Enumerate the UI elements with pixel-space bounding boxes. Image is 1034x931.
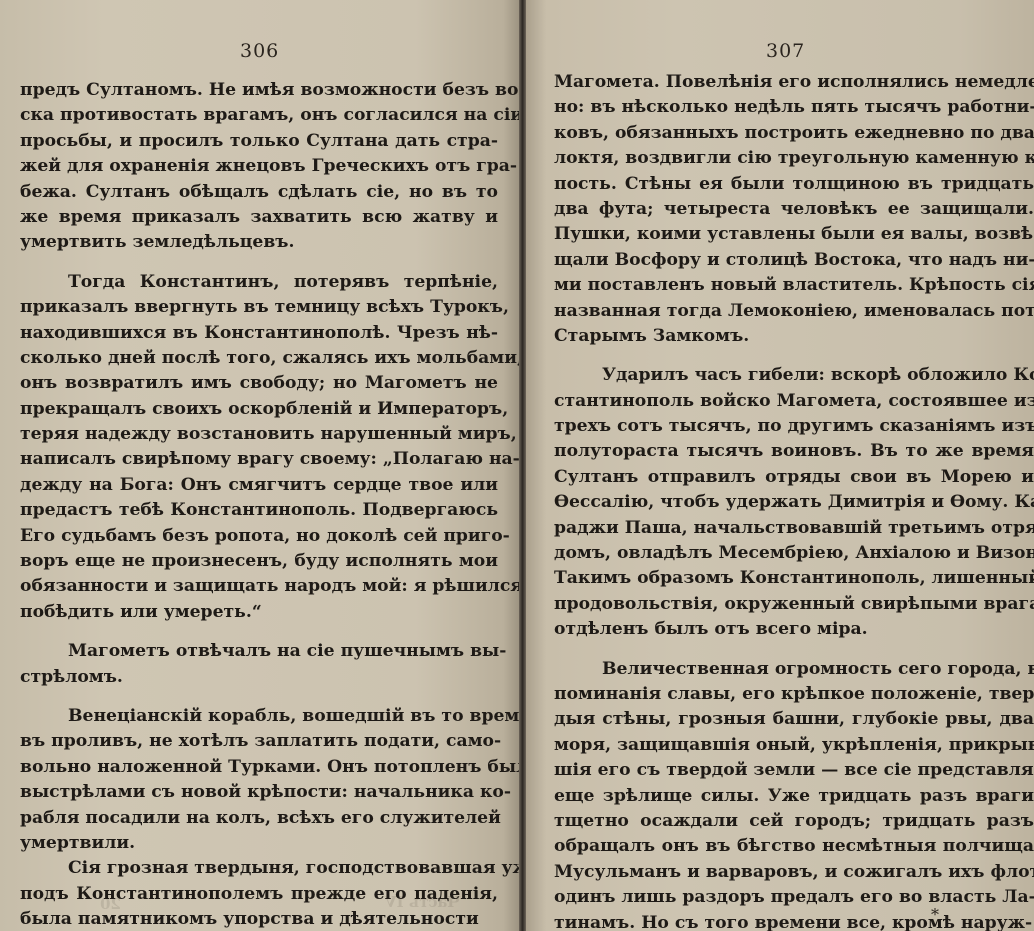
text-line: Венеціанскій корабль, вошедшій въ то вре…	[20, 704, 498, 729]
text-line: Пушки, коими уставлены были ея валы, воз…	[554, 222, 1034, 247]
text-line: прекращалъ своихъ оскорбленій и Императо…	[20, 397, 498, 422]
text-line: отдѣленъ былъ отъ всего міра.	[554, 617, 1034, 642]
right-page-text: Магомета. Повелѣнія его исполнялись неме…	[554, 70, 1034, 931]
text-line: но: въ нѣсколько недѣль пять тысячъ рабо…	[554, 95, 1034, 120]
text-line: шія его съ твердой земли — все сіе предс…	[554, 758, 1034, 783]
text-line: Магометъ отвѣчалъ на сіе пушечнымъ вы-	[20, 639, 498, 664]
book-spread: 306 предъ Султаномъ. Не имѣя возможности…	[0, 0, 1034, 931]
text-line: Сія грозная твердыня, господствовавшая у…	[20, 856, 498, 881]
text-line: ска противостать врагамъ, онъ согласился…	[20, 103, 498, 128]
text-line: одинъ лишь раздоръ предалъ его во власть…	[554, 885, 1034, 910]
text-line: еще зрѣлище силы. Уже тридцать разъ враг…	[554, 784, 1034, 809]
text-line: написалъ свирѣпому врагу своему: „Полага…	[20, 447, 498, 472]
paragraph: Величественная огромность сего города, в…	[554, 657, 1034, 931]
paragraph-gap	[20, 690, 498, 704]
text-line: рабля посадили на колъ, всѣхъ его служит…	[20, 806, 498, 831]
text-line: теряя надежду возстановить нарушенный ми…	[20, 422, 498, 447]
text-line: щали Восфору и столицѣ Востока, что надъ…	[554, 248, 1034, 273]
text-line: Его судьбамъ безъ ропота, но доколѣ сей …	[20, 524, 498, 549]
text-line: умертвили.	[20, 831, 498, 856]
bleed-through-signature: 20	[100, 895, 121, 913]
text-line: сколько дней послѣ того, сжалясь ихъ мол…	[20, 346, 498, 371]
paragraph: Тогда Константинъ, потерявъ терпѣніе,при…	[20, 270, 498, 625]
text-line: моря, защищавшія оный, укрѣпленія, прикр…	[554, 733, 1034, 758]
text-line: раджи Паша, начальствовавшій третьимъ от…	[554, 516, 1034, 541]
left-page-text: предъ Султаномъ. Не имѣя возможности без…	[20, 78, 498, 931]
text-line: стантинополь войско Магомета, состоявшее…	[554, 389, 1034, 414]
paragraph: Ударилъ часъ гибели: вскорѣ обложило Кон…	[554, 363, 1034, 642]
text-line: пость. Стѣны ея были толщиною въ тридцат…	[554, 172, 1034, 197]
paragraph-gap	[554, 643, 1034, 657]
text-line: Старымъ Замкомъ.	[554, 324, 1034, 349]
page-number-right: 307	[766, 40, 805, 62]
text-line: ми поставленъ новый властитель. Крѣпость…	[554, 273, 1034, 298]
bleed-through-part: Часть IV	[385, 893, 461, 911]
text-line: Магомета. Повелѣнія его исполнялись неме…	[554, 70, 1034, 95]
text-line: жей для охраненія жнецовъ Греческихъ отъ…	[20, 154, 498, 179]
text-line: дыя стѣны, грозныя башни, глубокіе рвы, …	[554, 707, 1034, 732]
paragraph: предъ Султаномъ. Не имѣя возможности без…	[20, 78, 498, 256]
text-line: находившихся въ Константинополѣ. Чрезъ н…	[20, 321, 498, 346]
text-line: стрѣломъ.	[20, 665, 498, 690]
text-line: онъ возвратилъ имъ свободу; но Магометъ …	[20, 371, 498, 396]
paragraph: Магометъ отвѣчалъ на сіе пушечнымъ вы-ст…	[20, 639, 498, 690]
text-line: Тогда Константинъ, потерявъ терпѣніе,	[20, 270, 498, 295]
text-line: вольно наложенной Турками. Онъ потопленъ…	[20, 755, 498, 780]
text-line: тщетно осаждали сей городъ; тридцать раз…	[554, 809, 1034, 834]
text-line: локтя, воздвигли сію треугольную каменну…	[554, 146, 1034, 171]
text-line: предастъ тебѣ Константинополь. Подвергаю…	[20, 498, 498, 523]
text-line: въ проливъ, не хотѣлъ заплатить подати, …	[20, 729, 498, 754]
text-line: Ѳессалію, чтобъ удержать Димитрія и Ѳому…	[554, 490, 1034, 515]
text-line: два фута; четыреста человѣкъ ее защищали…	[554, 197, 1034, 222]
paragraph: Магомета. Повелѣнія его исполнялись неме…	[554, 70, 1034, 349]
text-line: выстрѣлами съ новой крѣпости: начальника…	[20, 780, 498, 805]
paragraph: Венеціанскій корабль, вошедшій въ то вре…	[20, 704, 498, 856]
text-line: тинамъ. Но съ того времени все, кромѣ на…	[554, 911, 1034, 931]
paragraph-gap	[20, 256, 498, 270]
text-line: ковъ, обязанныхъ построить ежедневно по …	[554, 121, 1034, 146]
text-line: домъ, овладѣлъ Месембріею, Анхіалою и Ви…	[554, 541, 1034, 566]
text-line: Султанъ отправилъ отряды свои въ Морею и	[554, 465, 1034, 490]
text-line: названная тогда Лемоконіею, именовалась …	[554, 299, 1034, 324]
text-line: воръ еще не произнесенъ, буду исполнять …	[20, 549, 498, 574]
text-line: просьбы, и просилъ только Султана дать с…	[20, 129, 498, 154]
book-gutter	[519, 0, 526, 931]
text-line: Такимъ образомъ Константинополь, лишенны…	[554, 566, 1034, 591]
text-line: полутораста тысячъ воиновъ. Въ то же вре…	[554, 439, 1034, 464]
page-number-left: 306	[240, 40, 279, 62]
text-line: продовольствія, окруженный свирѣпыми вра…	[554, 592, 1034, 617]
text-line: обязанности и защищать народъ мой: я рѣш…	[20, 574, 498, 599]
paragraph-gap	[554, 349, 1034, 363]
text-line: побѣдить или умереть.“	[20, 600, 498, 625]
text-line: обращалъ онъ въ бѣгство несмѣтныя полчищ…	[554, 834, 1034, 859]
text-line: умертвить земледѣльцевъ.	[20, 230, 498, 255]
paragraph-gap	[20, 625, 498, 639]
text-line: Величественная огромность сего города, в…	[554, 657, 1034, 682]
text-line: бежа. Султанъ обѣщалъ сдѣлать сіе, но въ…	[20, 180, 498, 205]
text-line: Мусульманъ и варваровъ, и сожигалъ ихъ ф…	[554, 860, 1034, 885]
text-line: Ударилъ часъ гибели: вскорѣ обложило Кон…	[554, 363, 1034, 388]
text-line: трехъ сотъ тысячъ, по другимъ сказаніямъ…	[554, 414, 1034, 439]
left-page: 306 предъ Султаномъ. Не имѣя возможности…	[0, 0, 519, 931]
text-line: дежду на Бога: Онъ смягчитъ сердце твое …	[20, 473, 498, 498]
text-line: приказалъ ввергнуть въ темницу всѣхъ Тур…	[20, 295, 498, 320]
footer-asterisk: *	[931, 905, 939, 924]
text-line: предъ Султаномъ. Не имѣя возможности без…	[20, 78, 498, 103]
text-line: поминанія славы, его крѣпкое положеніе, …	[554, 682, 1034, 707]
right-page: 307 Магомета. Повелѣнія его исполнялись …	[526, 0, 1034, 931]
text-line: же время приказалъ захватить всю жатву и	[20, 205, 498, 230]
